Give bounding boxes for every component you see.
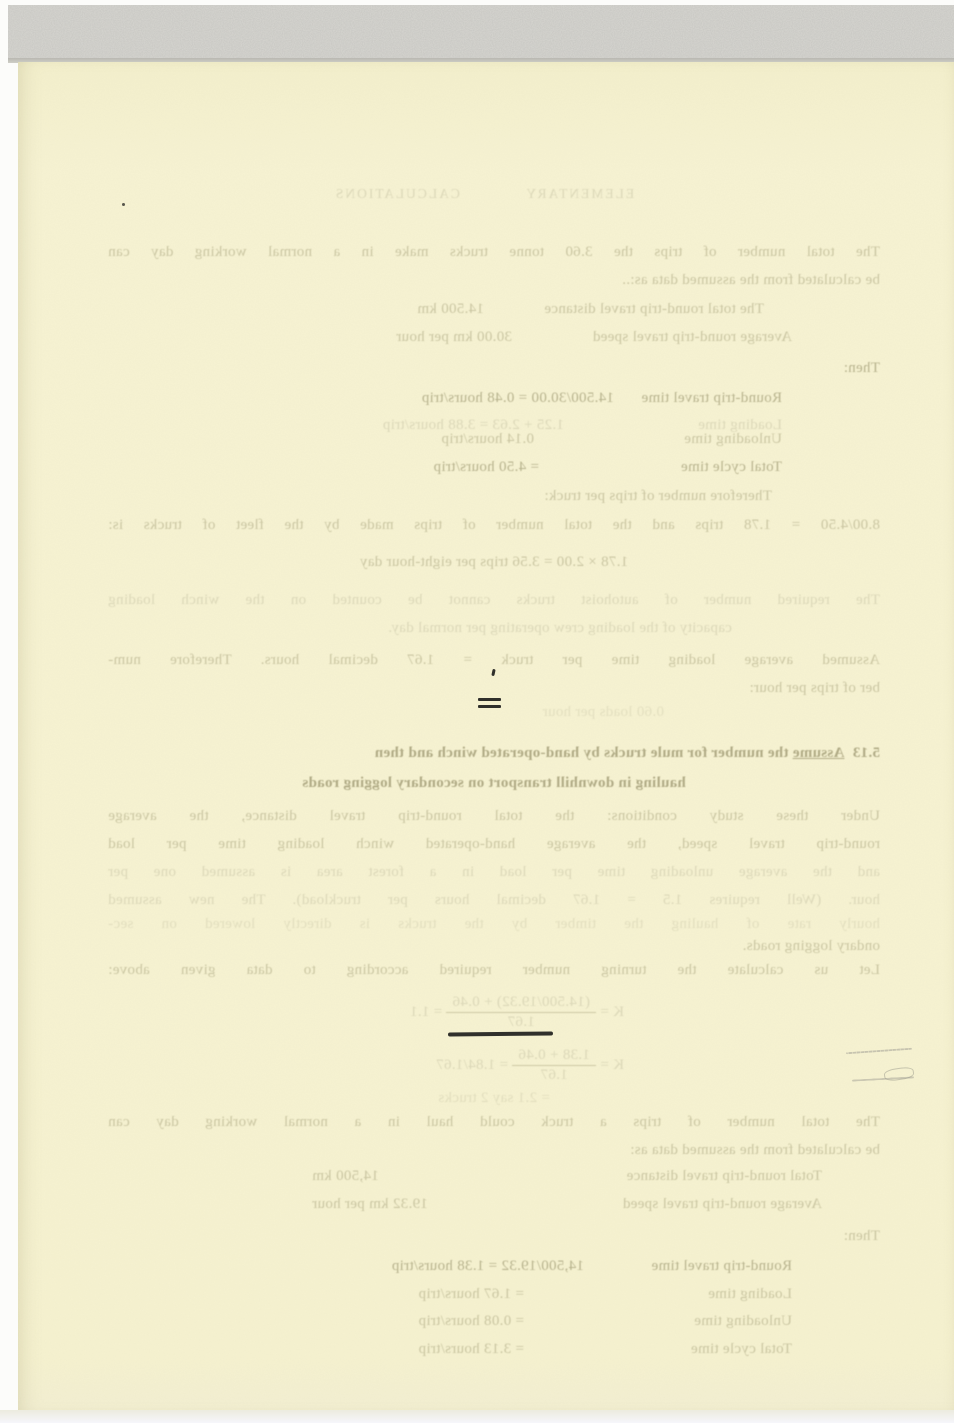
equation-2: K = 1.38 + 0.461.67 = 1.84/1.67 bbox=[436, 1047, 624, 1084]
then-label: Then: bbox=[844, 1228, 881, 1245]
data-value: 19.32 km per hour bbox=[312, 1196, 492, 1213]
calc-value: 0.14 hours/trip bbox=[441, 431, 534, 448]
paragraph-line: Under these study conditions: the total … bbox=[108, 808, 880, 825]
calc-value: 14,500/19.32 = 1.38 hours/trip bbox=[392, 1258, 584, 1275]
calc-label: Loading time bbox=[708, 1286, 792, 1303]
faint-eq-line: 0.60 loads per hour bbox=[542, 704, 664, 721]
equation-1: K = (14.500/19.32) + 0.461.67 = 1.1 bbox=[410, 994, 624, 1031]
section-heading-2: hauling in downhill transport on seconda… bbox=[108, 775, 880, 792]
paragraph-line: capacity of the loading crew operating p… bbox=[240, 620, 880, 637]
data-value: 30.00 km per hour bbox=[396, 329, 512, 346]
data-value: 14.500 km bbox=[417, 301, 484, 318]
paragraph-line: The total number of trips the 3.60 tonne… bbox=[108, 244, 880, 261]
then-label: Then: bbox=[844, 360, 881, 377]
calc-value: = 1.67 hours/trip bbox=[418, 1286, 524, 1303]
data-label: Total round-trip travel distance bbox=[626, 1168, 822, 1185]
bleed-through-layer: ELEMENTARY CALCULATIONS The total number… bbox=[18, 62, 954, 1412]
calc-value: = 0.08 hours/trip bbox=[418, 1313, 524, 1330]
center-calc: 1.78 × 2.00 = 3.56 trips per eight-hour … bbox=[108, 554, 880, 571]
data-label: Average round-trip travel speed bbox=[623, 1196, 822, 1213]
paragraph-line: ondary logging roads. bbox=[742, 938, 880, 955]
calc-value: 14.500/30.00 = 0.48 hours/trip bbox=[422, 390, 614, 407]
data-label: Average round-trip travel speed bbox=[593, 329, 792, 346]
assumed-line: ber of trips per hour: bbox=[749, 680, 880, 697]
running-head: ELEMENTARY CALCULATIONS bbox=[294, 186, 674, 202]
scanned-page: { "doc": { "running_head": { "left": "EL… bbox=[0, 0, 954, 1423]
therefore-line: Therefore number of trips per truck: bbox=[544, 488, 772, 505]
paragraph-line: and the average unloading time per load … bbox=[108, 864, 880, 881]
calc-label: Total cycle time bbox=[681, 459, 782, 476]
paragraph-line: be calculated from the assumed data as:.… bbox=[622, 272, 880, 289]
calc-label: Round-trip travel time bbox=[651, 1258, 792, 1275]
paragraph-line: round-trip travel speed, the average han… bbox=[108, 836, 880, 853]
fleet-line: 8.00/4.50 = 1.78 trips and the total num… bbox=[108, 517, 880, 534]
data-label: The total round-trip travel distance bbox=[544, 301, 764, 318]
calc-value: = 3.13 hours/trip bbox=[418, 1341, 524, 1358]
letus-line: Let us calculate the turning number requ… bbox=[108, 962, 880, 979]
calc-value: = 4.50 hours/trip bbox=[433, 459, 539, 476]
paragraph-line: hourly rate of hauling the timber by the… bbox=[108, 916, 880, 933]
calc-label: Round-trip travel time bbox=[641, 390, 782, 407]
data-value: 14,500 km bbox=[312, 1168, 492, 1185]
calc-label: Total cycle time bbox=[691, 1341, 792, 1358]
grain-texture bbox=[8, 5, 954, 62]
equation-result: = 2.1 say 2 trucks bbox=[108, 1090, 880, 1107]
calc-label: Unloading time bbox=[684, 431, 782, 448]
paragraph-line: The required number of autohoist trucks … bbox=[108, 592, 880, 609]
calc-label: Unloading time bbox=[694, 1313, 792, 1330]
paragraph-line: hour. (Well requires 1.5 = 1.67 decimal … bbox=[108, 892, 880, 909]
assumed-line: Assumed average loading time per truck =… bbox=[108, 652, 880, 669]
ink-equals-top-bar bbox=[478, 698, 501, 701]
scanner-noise-band bbox=[8, 5, 954, 62]
ink-speck bbox=[122, 203, 125, 206]
ink-equals-bottom-bar bbox=[478, 705, 501, 708]
scan-bottom-strip bbox=[0, 1410, 954, 1423]
section-heading: 5.13 Assume the number for mule trucks b… bbox=[375, 745, 880, 762]
paragraph-line: The total number of trips a truck could … bbox=[108, 1114, 880, 1131]
paragraph-line: be calculated from the assumed data as: bbox=[630, 1142, 880, 1159]
